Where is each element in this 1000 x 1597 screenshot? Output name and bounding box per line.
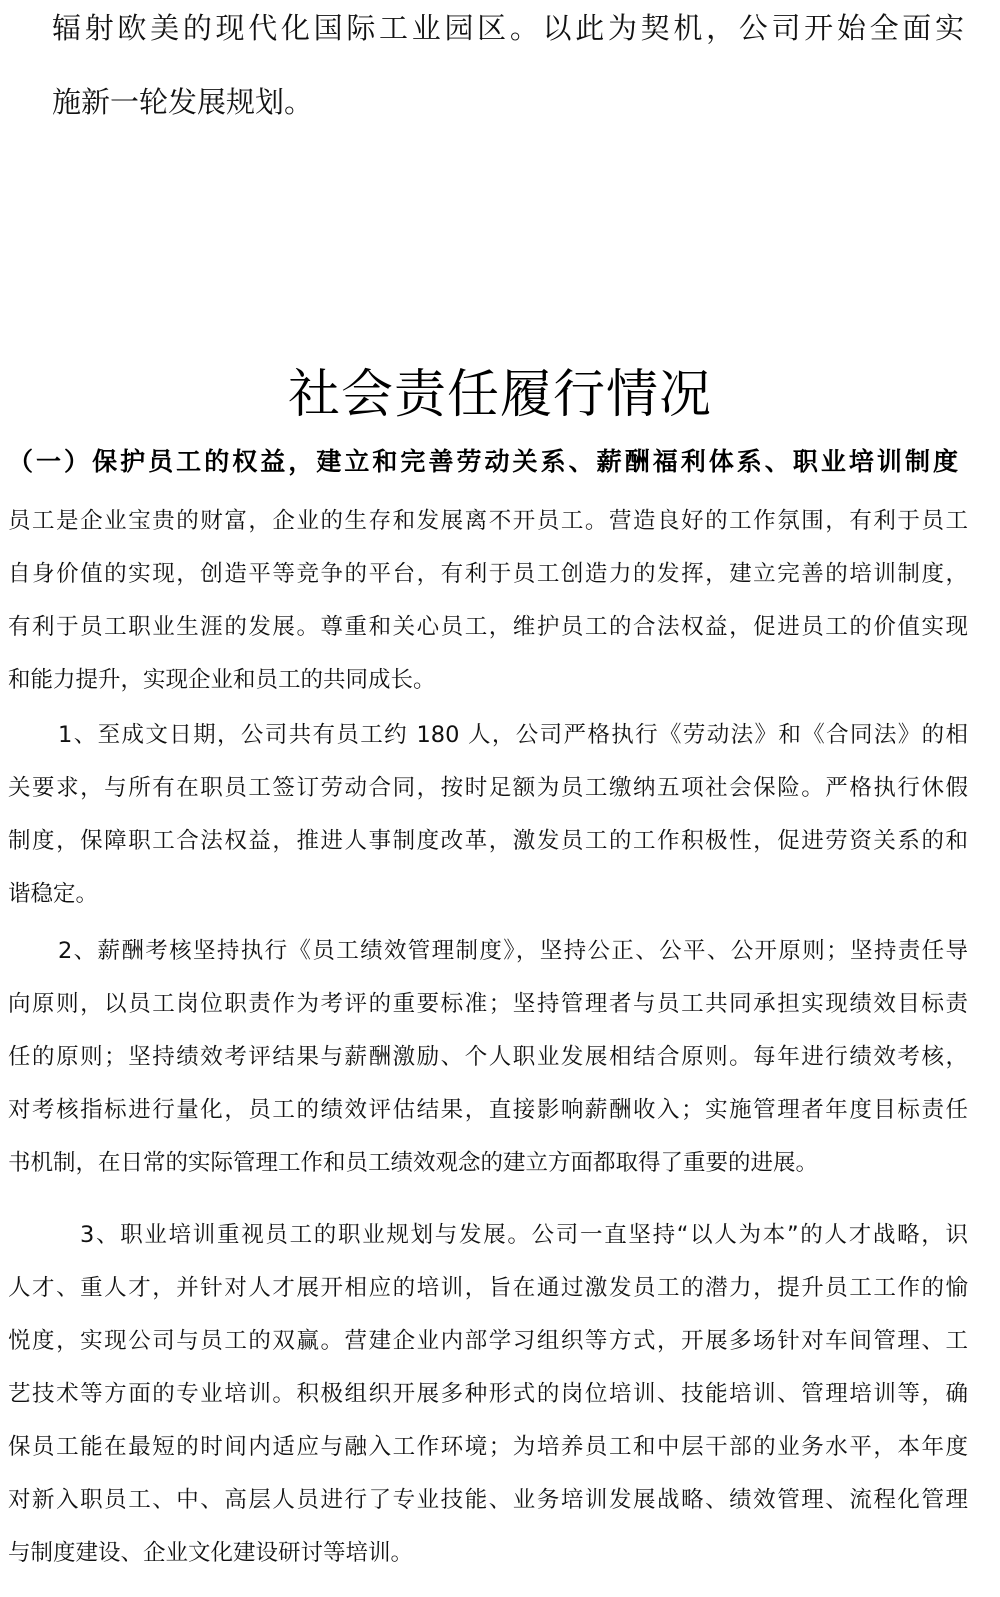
paragraph-line: 保员工能在最短的时间内适应与融入工作环境；为培养员工和中层干部的业务水平，本年度 — [8, 1429, 968, 1461]
paragraph-line: 艺技术等方面的专业培训。积极组织开展多种形式的岗位培训、技能培训、管理培训等，确 — [8, 1376, 968, 1408]
paragraph-line: 对考核指标进行量化，员工的绩效评估结果，直接影响薪酬收入；实施管理者年度目标责任 — [8, 1092, 968, 1124]
paragraph-line: 谐稳定。 — [8, 876, 968, 908]
paragraph-line: 自身价值的实现，创造平等竞争的平台，有利于员工创造力的发挥，建立完善的培训制度， — [8, 556, 968, 588]
paragraph-line: 有利于员工职业生涯的发展。尊重和关心员工，维护员工的合法权益，促进员工的价值实现 — [8, 609, 968, 641]
paragraph-line: 书机制，在日常的实际管理工作和员工绩效观念的建立方面都取得了重要的进展。 — [8, 1145, 968, 1177]
paragraph-line: 和能力提升，实现企业和员工的共同成长。 — [8, 662, 968, 694]
paragraph-line: 对新入职员工、中、高层人员进行了专业技能、业务培训发展战略、绩效管理、流程化管理 — [8, 1482, 968, 1514]
paragraph-line: 1、至成文日期，公司共有员工约 180 人，公司严格执行《劳动法》和《合同法》的… — [58, 717, 968, 749]
paragraph-line: 3、职业培训重视员工的职业规划与发展。公司一直坚持“以人为本”的人才战略，识 — [80, 1217, 968, 1249]
paragraph-line: 悦度，实现公司与员工的双赢。营建企业内部学习组织等方式，开展多场针对车间管理、工 — [8, 1323, 968, 1355]
intro-line: 施新一轮发展规划。 — [52, 80, 964, 121]
paragraph-line: 员工是企业宝贵的财富，企业的生存和发展离不开员工。营造良好的工作氛围，有利于员工 — [8, 503, 968, 535]
paragraph-line: 任的原则；坚持绩效考评结果与薪酬激励、个人职业发展相结合原则。每年进行绩效考核， — [8, 1039, 968, 1071]
paragraph-line: 2、薪酬考核坚持执行《员工绩效管理制度》，坚持公正、公平、公开原则；坚持责任导 — [58, 933, 968, 965]
paragraph-line: 制度，保障职工合法权益，推进人事制度改革，激发员工的工作积极性，促进劳资关系的和 — [8, 823, 968, 855]
section-title: 社会责任履行情况 — [0, 352, 1000, 427]
paragraph-line: 关要求，与所有在职员工签订劳动合同，按时足额为员工缴纳五项社会保险。严格执行休假 — [8, 770, 968, 802]
section-subheading: （一）保护员工的权益，建立和完善劳动关系、薪酬福利体系、职业培训制度 — [8, 442, 958, 478]
paragraph-line: 向原则，以员工岗位职责作为考评的重要标准；坚持管理者与员工共同承担实现绩效目标责 — [8, 986, 968, 1018]
intro-line: 辐射欧美的现代化国际工业园区。以此为契机，公司开始全面实 — [52, 6, 964, 47]
paragraph-line: 人才、重人才，并针对人才展开相应的培训，旨在通过激发员工的潜力，提升员工工作的愉 — [8, 1270, 968, 1302]
paragraph-line: 与制度建设、企业文化建设研讨等培训。 — [8, 1535, 968, 1567]
